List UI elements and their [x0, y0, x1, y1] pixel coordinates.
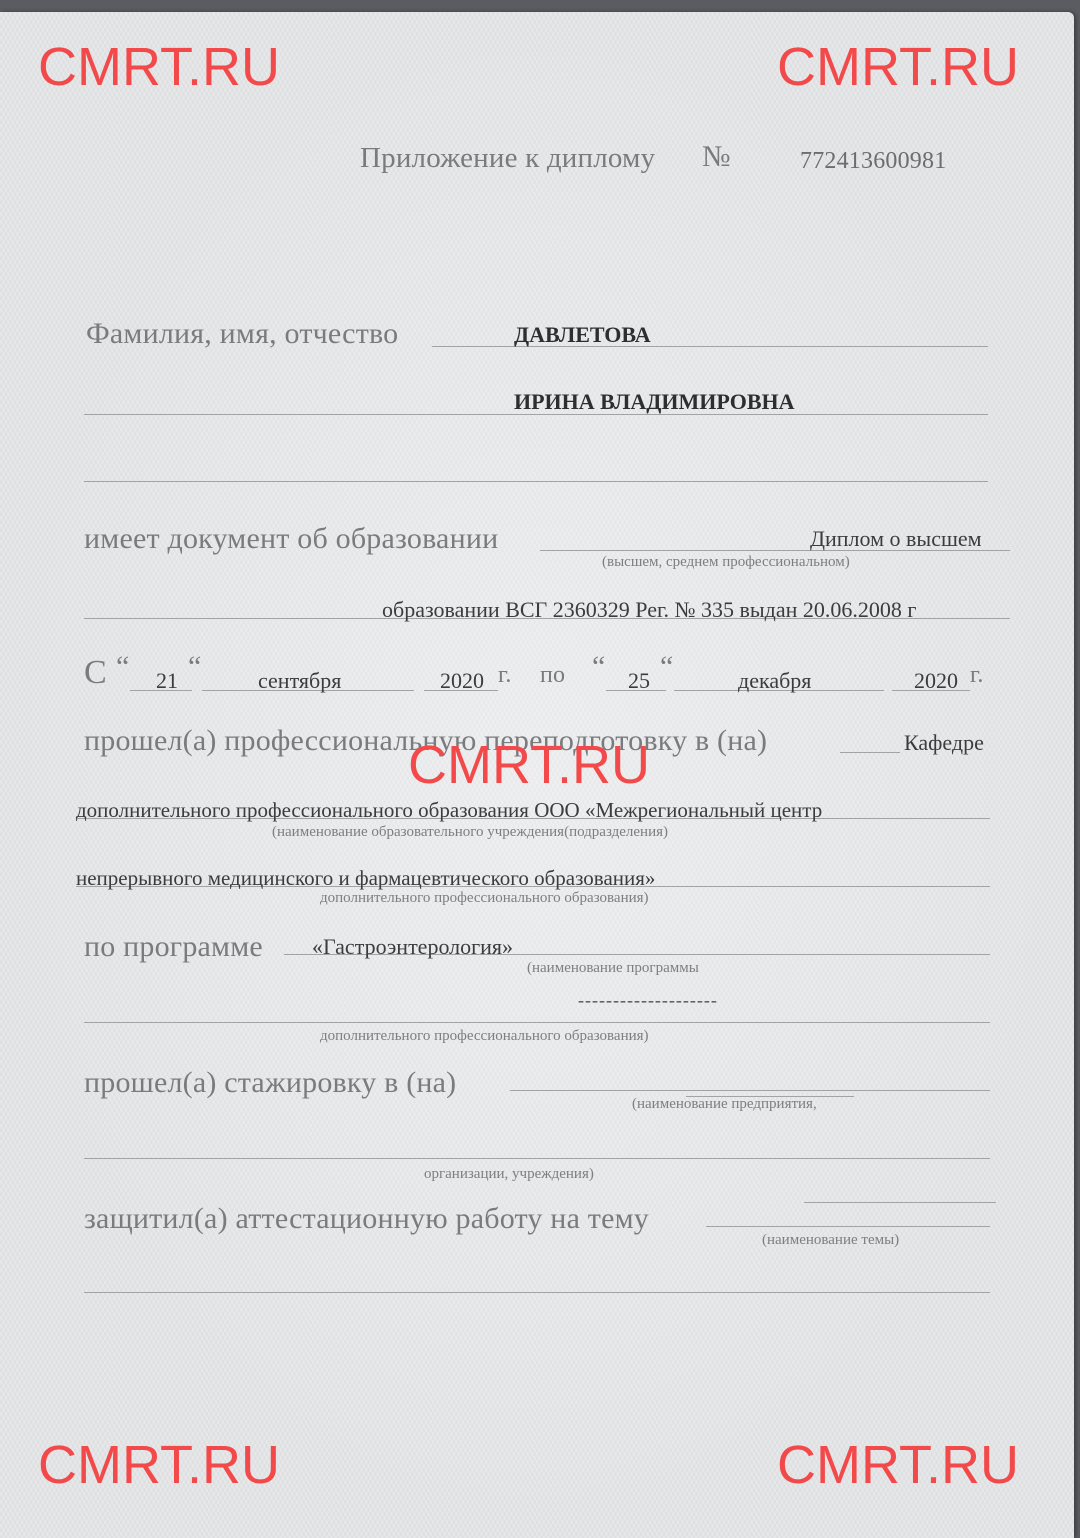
from-month-value: сентября	[258, 668, 341, 694]
thesis-label: защитил(а) аттестационную работу на тему	[84, 1202, 649, 1236]
to-month-value: декабря	[738, 668, 811, 694]
retraining-value-3: непрерывного медицинского и фармацевтиче…	[76, 866, 655, 891]
education-doc-value-2: образовании ВСГ 2360329 Рег. № 335 выдан…	[382, 597, 916, 623]
retraining-line	[840, 752, 900, 753]
to-year-value: 2020	[914, 668, 958, 694]
program-line-2	[84, 1022, 990, 1023]
close-quote-from: “	[188, 650, 202, 684]
internship-label: прошел(а) стажировку в (на)	[84, 1066, 456, 1100]
document-title: Приложение к диплому	[360, 142, 655, 175]
to-day-value: 25	[628, 668, 650, 694]
retraining-hint-1: (наименование образовательного учреждени…	[272, 824, 668, 841]
period-to-prefix: по	[540, 662, 565, 689]
thesis-line	[706, 1226, 990, 1227]
watermark-top-right: CMRT.RU	[777, 40, 1019, 94]
name-extra-line	[84, 481, 988, 482]
watermark-top-left: CMRT.RU	[38, 40, 280, 94]
watermark-bottom-left: CMRT.RU	[38, 1438, 280, 1492]
internship-hint-1: (наименование предприятия,	[632, 1096, 817, 1113]
watermark-center: CMRT.RU	[408, 738, 650, 792]
open-quote-from: “	[116, 650, 130, 684]
program-dashes: --------------------	[578, 990, 718, 1011]
full-name-label: Фамилия, имя, отчество	[86, 317, 398, 351]
internship-hint-2: организации, учреждения)	[424, 1166, 594, 1183]
surname-value: ДАВЛЕТОВА	[514, 322, 651, 348]
education-doc-value-1: Диплом о высшем	[810, 526, 982, 552]
thesis-hint: (наименование темы)	[762, 1232, 899, 1249]
internship-line-2	[84, 1158, 990, 1159]
program-hint-1: (наименование программы	[527, 960, 699, 977]
period-from-prefix: С	[84, 654, 107, 692]
education-doc-hint: (высшем, среднем профессиональном)	[602, 554, 850, 571]
retraining-value-1: Кафедре	[904, 730, 984, 756]
watermark-bottom-right: CMRT.RU	[777, 1438, 1019, 1492]
retraining-hint-2: дополнительного профессионального образо…	[320, 890, 649, 907]
from-year-suffix: г.	[498, 662, 512, 689]
from-year-value: 2020	[440, 668, 484, 694]
thesis-top-line	[804, 1202, 996, 1203]
education-doc-label: имеет документ об образовании	[84, 522, 498, 556]
from-day-value: 21	[156, 668, 178, 694]
diploma-supplement-page: Приложение к диплому № 772413600981 Фами…	[0, 12, 1074, 1538]
close-quote-to: “	[660, 650, 674, 684]
internship-line	[510, 1090, 990, 1091]
program-label: по программе	[84, 930, 263, 964]
to-year-suffix: г.	[970, 662, 984, 689]
thesis-line-2	[84, 1292, 990, 1293]
program-value: «Гастроэнтерология»	[312, 934, 513, 960]
program-hint-2: дополнительного профессионального образо…	[320, 1028, 649, 1045]
given-names-value: ИРИНА ВЛАДИМИРОВНА	[514, 389, 795, 415]
diploma-number: 772413600981	[800, 148, 946, 175]
open-quote-to: “	[592, 650, 606, 684]
retraining-value-2: дополнительного профессионального образо…	[76, 798, 822, 823]
number-sign: №	[702, 140, 731, 174]
